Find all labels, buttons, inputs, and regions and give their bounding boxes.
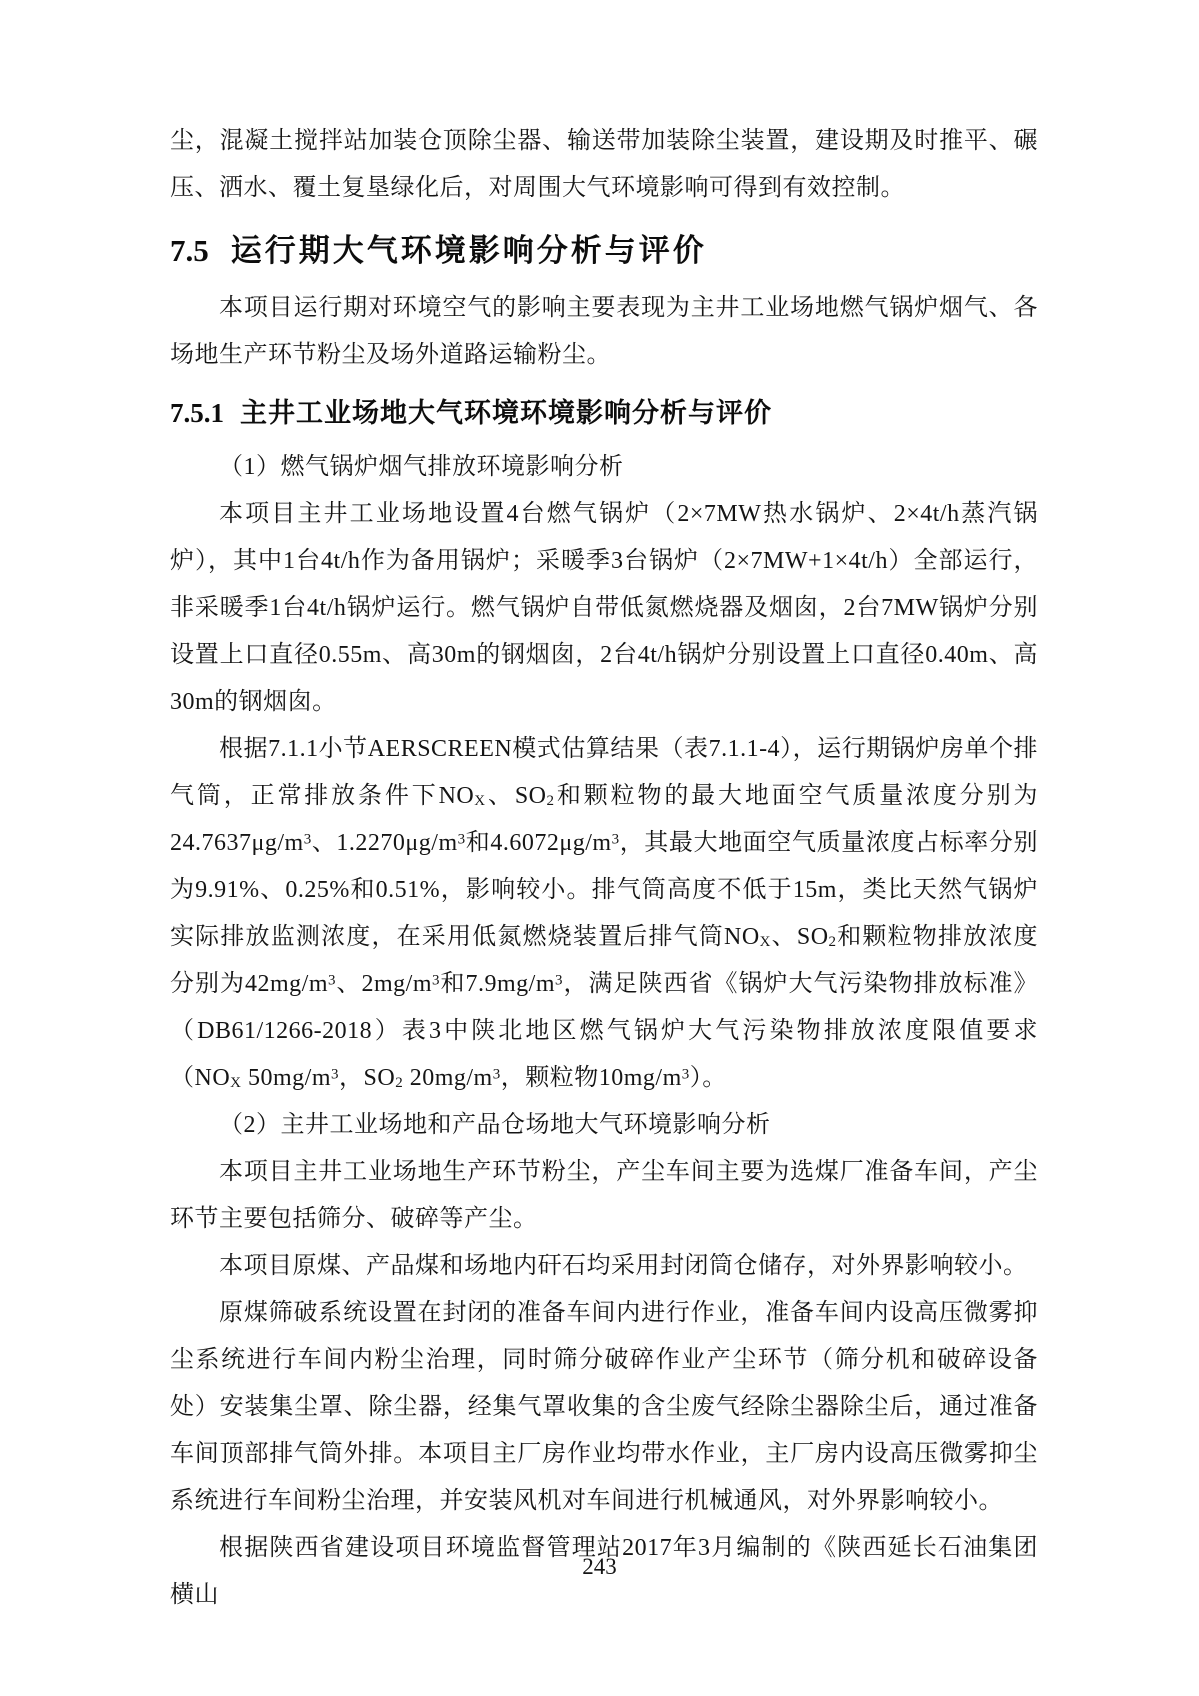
text-run: 、2mg/m [336,971,432,997]
document-page: 尘，混凝土搅拌站加装仓顶除尘器、输送带加装除尘装置，建设期及时推平、碾压、洒水、… [0,0,1199,1696]
text-run: 本项目运行期对环境空气的影响主要表现为主井工业场地燃气锅炉烟气、各场地生产环节粉… [170,295,1038,368]
superscript-text: 3 [555,972,563,988]
paragraph: 本项目主井工业场地生产环节粉尘，产尘车间主要为选煤厂准备车间，产尘环节主要包括筛… [170,1149,1038,1243]
superscript-text: 3 [458,831,466,847]
document-content: 尘，混凝土搅拌站加装仓顶除尘器、输送带加装除尘装置，建设期及时推平、碾压、洒水、… [170,118,1038,1619]
paragraph: 本项目原煤、产品煤和场地内矸石均采用封闭筒仓储存，对外界影响较小。 [170,1243,1038,1290]
subscript-text: 2 [829,934,837,950]
subscript-text: X [760,934,771,950]
text-run: 、SO [771,924,829,950]
paragraph: （1）燃气锅炉烟气排放环境影响分析 [170,444,1038,491]
text-run: 20mg/m [403,1065,493,1091]
text-run: 、1.2270μg/m [312,830,458,856]
section-heading: 7.5运行期大气环境影响分析与评价 [170,230,1038,272]
text-run: 本项目主井工业场地生产环节粉尘，产尘车间主要为选煤厂准备车间，产尘环节主要包括筛… [170,1159,1038,1232]
page-number: 243 [582,1554,617,1579]
subscript-text: 2 [547,793,555,809]
text-run: ，SO [339,1065,395,1091]
paragraph: 根据7.1.1小节AERSCREEN模式估算结果（表7.1.1-4），运行期锅炉… [170,726,1038,1102]
text-run: ，颗粒物10mg/m [501,1065,682,1091]
heading-number: 7.5 [170,233,209,268]
text-run: 50mg/m [242,1065,332,1091]
paragraph: 本项目运行期对环境空气的影响主要表现为主井工业场地燃气锅炉烟气、各场地生产环节粉… [170,285,1038,379]
paragraph: 尘，混凝土搅拌站加装仓顶除尘器、输送带加装除尘装置，建设期及时推平、碾压、洒水、… [170,118,1038,212]
paragraph: 本项目主井工业场地设置4台燃气锅炉（2×7MW热水锅炉、2×4t/h蒸汽锅炉），… [170,491,1038,726]
text-run: 本项目原煤、产品煤和场地内矸石均采用封闭筒仓储存，对外界影响较小。 [219,1253,1028,1279]
text-run: ）。 [690,1065,727,1091]
superscript-text: 3 [331,1066,339,1082]
text-run: （1）燃气锅炉烟气排放环境影响分析 [219,454,624,480]
subscript-text: X [474,793,485,809]
text-run: 和4.6072μg/m [466,830,612,856]
heading-title: 主井工业场地大气环境环境影响分析与评价 [240,398,772,428]
paragraph: （2）主井工业场地和产品仓场地大气环境影响分析 [170,1102,1038,1149]
text-run: 和7.9mg/m [440,971,555,997]
text-run: 本项目主井工业场地设置4台燃气锅炉（2×7MW热水锅炉、2×4t/h蒸汽锅炉），… [170,501,1038,715]
paragraph: 原煤筛破系统设置在封闭的准备车间内进行作业，准备车间内设高压微雾抑尘系统进行车间… [170,1290,1038,1525]
superscript-text: 3 [304,831,312,847]
text-run: 尘，混凝土搅拌站加装仓顶除尘器、输送带加装除尘装置，建设期及时推平、碾压、洒水、… [170,128,1038,201]
subscript-text: X [230,1075,241,1091]
superscript-text: 3 [682,1066,690,1082]
text-run: 、SO [486,783,547,809]
text-run: 原煤筛破系统设置在封闭的准备车间内进行作业，准备车间内设高压微雾抑尘系统进行车间… [170,1300,1038,1514]
superscript-text: 3 [432,972,440,988]
heading-title: 运行期大气环境影响分析与评价 [231,233,707,268]
superscript-text: 3 [612,831,620,847]
text-run: （2）主井工业场地和产品仓场地大气环境影响分析 [219,1112,771,1138]
heading-number: 7.5.1 [170,398,224,428]
page-footer: 243 [0,1552,1199,1582]
superscript-text: 3 [328,972,336,988]
section-heading: 7.5.1主井工业场地大气环境环境影响分析与评价 [170,394,1038,432]
superscript-text: 3 [493,1066,501,1082]
